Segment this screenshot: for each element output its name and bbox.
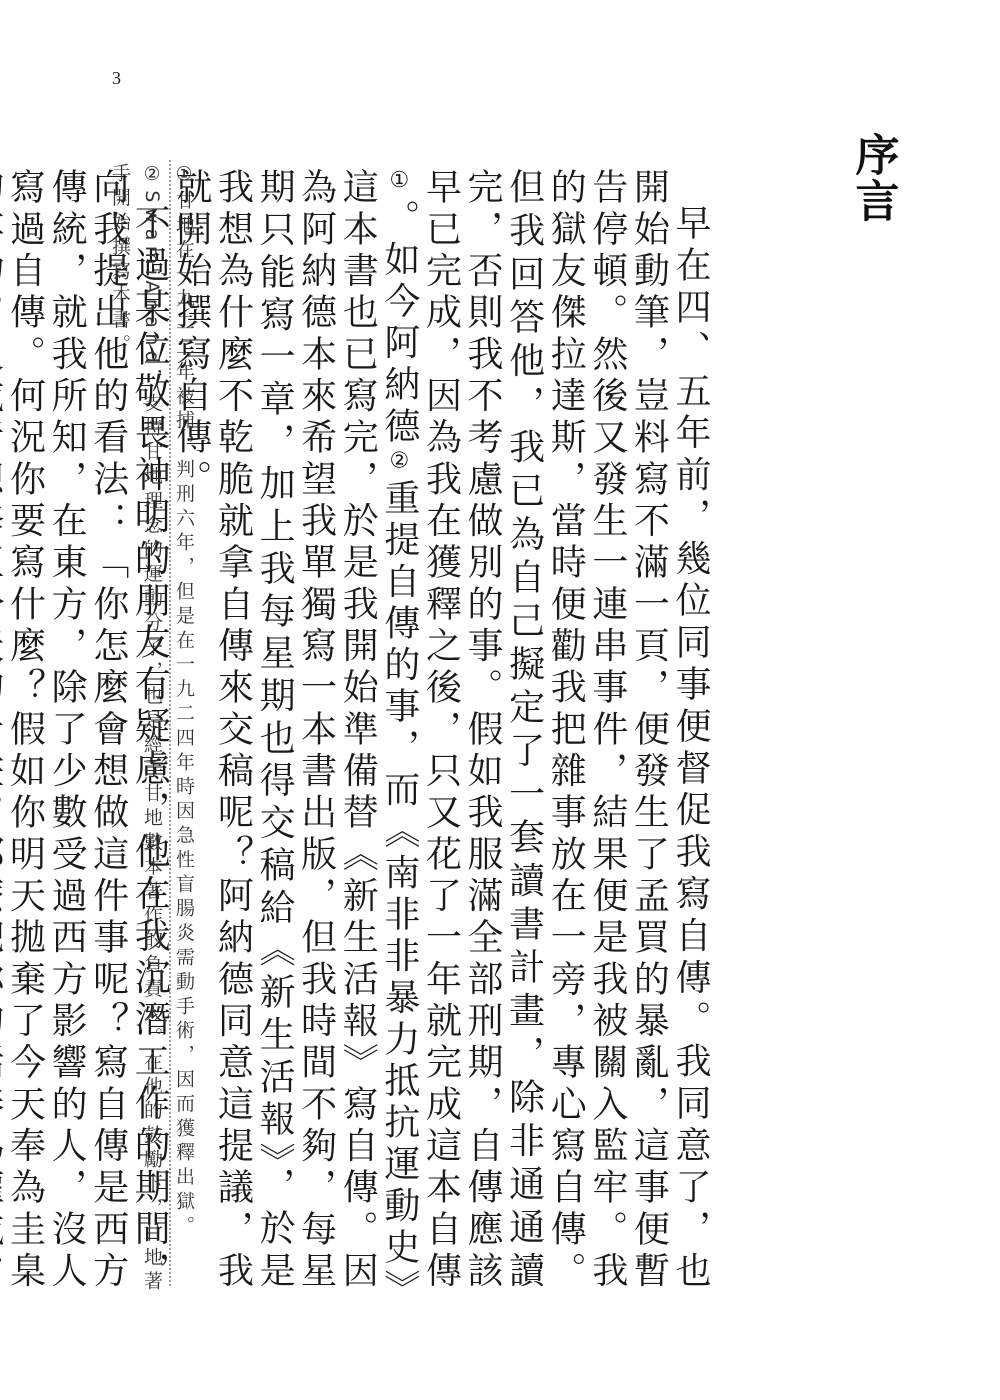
footnote-1: ①甘地在一九二二年被捕，判刑六年，但是在一九二四年時因急性盲腸炎需動手術，因而獲… bbox=[168, 163, 200, 1303]
footnotes: ①甘地在一九二二年被捕，判刑六年，但是在一九二四年時因急性盲腸炎需動手術，因而獲… bbox=[104, 163, 200, 1303]
footnote-1-mark: ① bbox=[173, 163, 195, 190]
footnote-1-text: 甘地在一九二二年被捕，判刑六年，但是在一九二四年時因急性盲腸炎需動手術，因而獲釋… bbox=[173, 190, 195, 1239]
footnote-ref-1[interactable]: ① bbox=[387, 168, 412, 199]
page-number: 3 bbox=[112, 68, 121, 89]
paragraph-1-part-1: 早在四、五年前，幾位同事便督促我寫自傳。我同意了，也開始動筆，豈料寫不滿一頁，便… bbox=[420, 168, 711, 1293]
footnote-2-text: SwamiAnand，支持甘地理念的運動分子，也是經手甘地數本著作的負責人。在他… bbox=[109, 163, 163, 1295]
footnote-ref-2[interactable]: ② bbox=[387, 448, 412, 479]
paragraph-1: 早在四、五年前，幾位同事便督促我寫自傳。我同意了，也開始動筆，豈料寫不滿一頁，便… bbox=[170, 168, 711, 1293]
footnote-2: ②SwamiAnand，支持甘地理念的運動分子，也是經手甘地數本著作的負責人。在… bbox=[104, 163, 168, 1303]
paragraph-1-part-2: 。如今阿納德 bbox=[379, 199, 420, 449]
footnote-2-mark: ② bbox=[141, 163, 163, 190]
chapter-title: 序言 bbox=[847, 132, 897, 224]
